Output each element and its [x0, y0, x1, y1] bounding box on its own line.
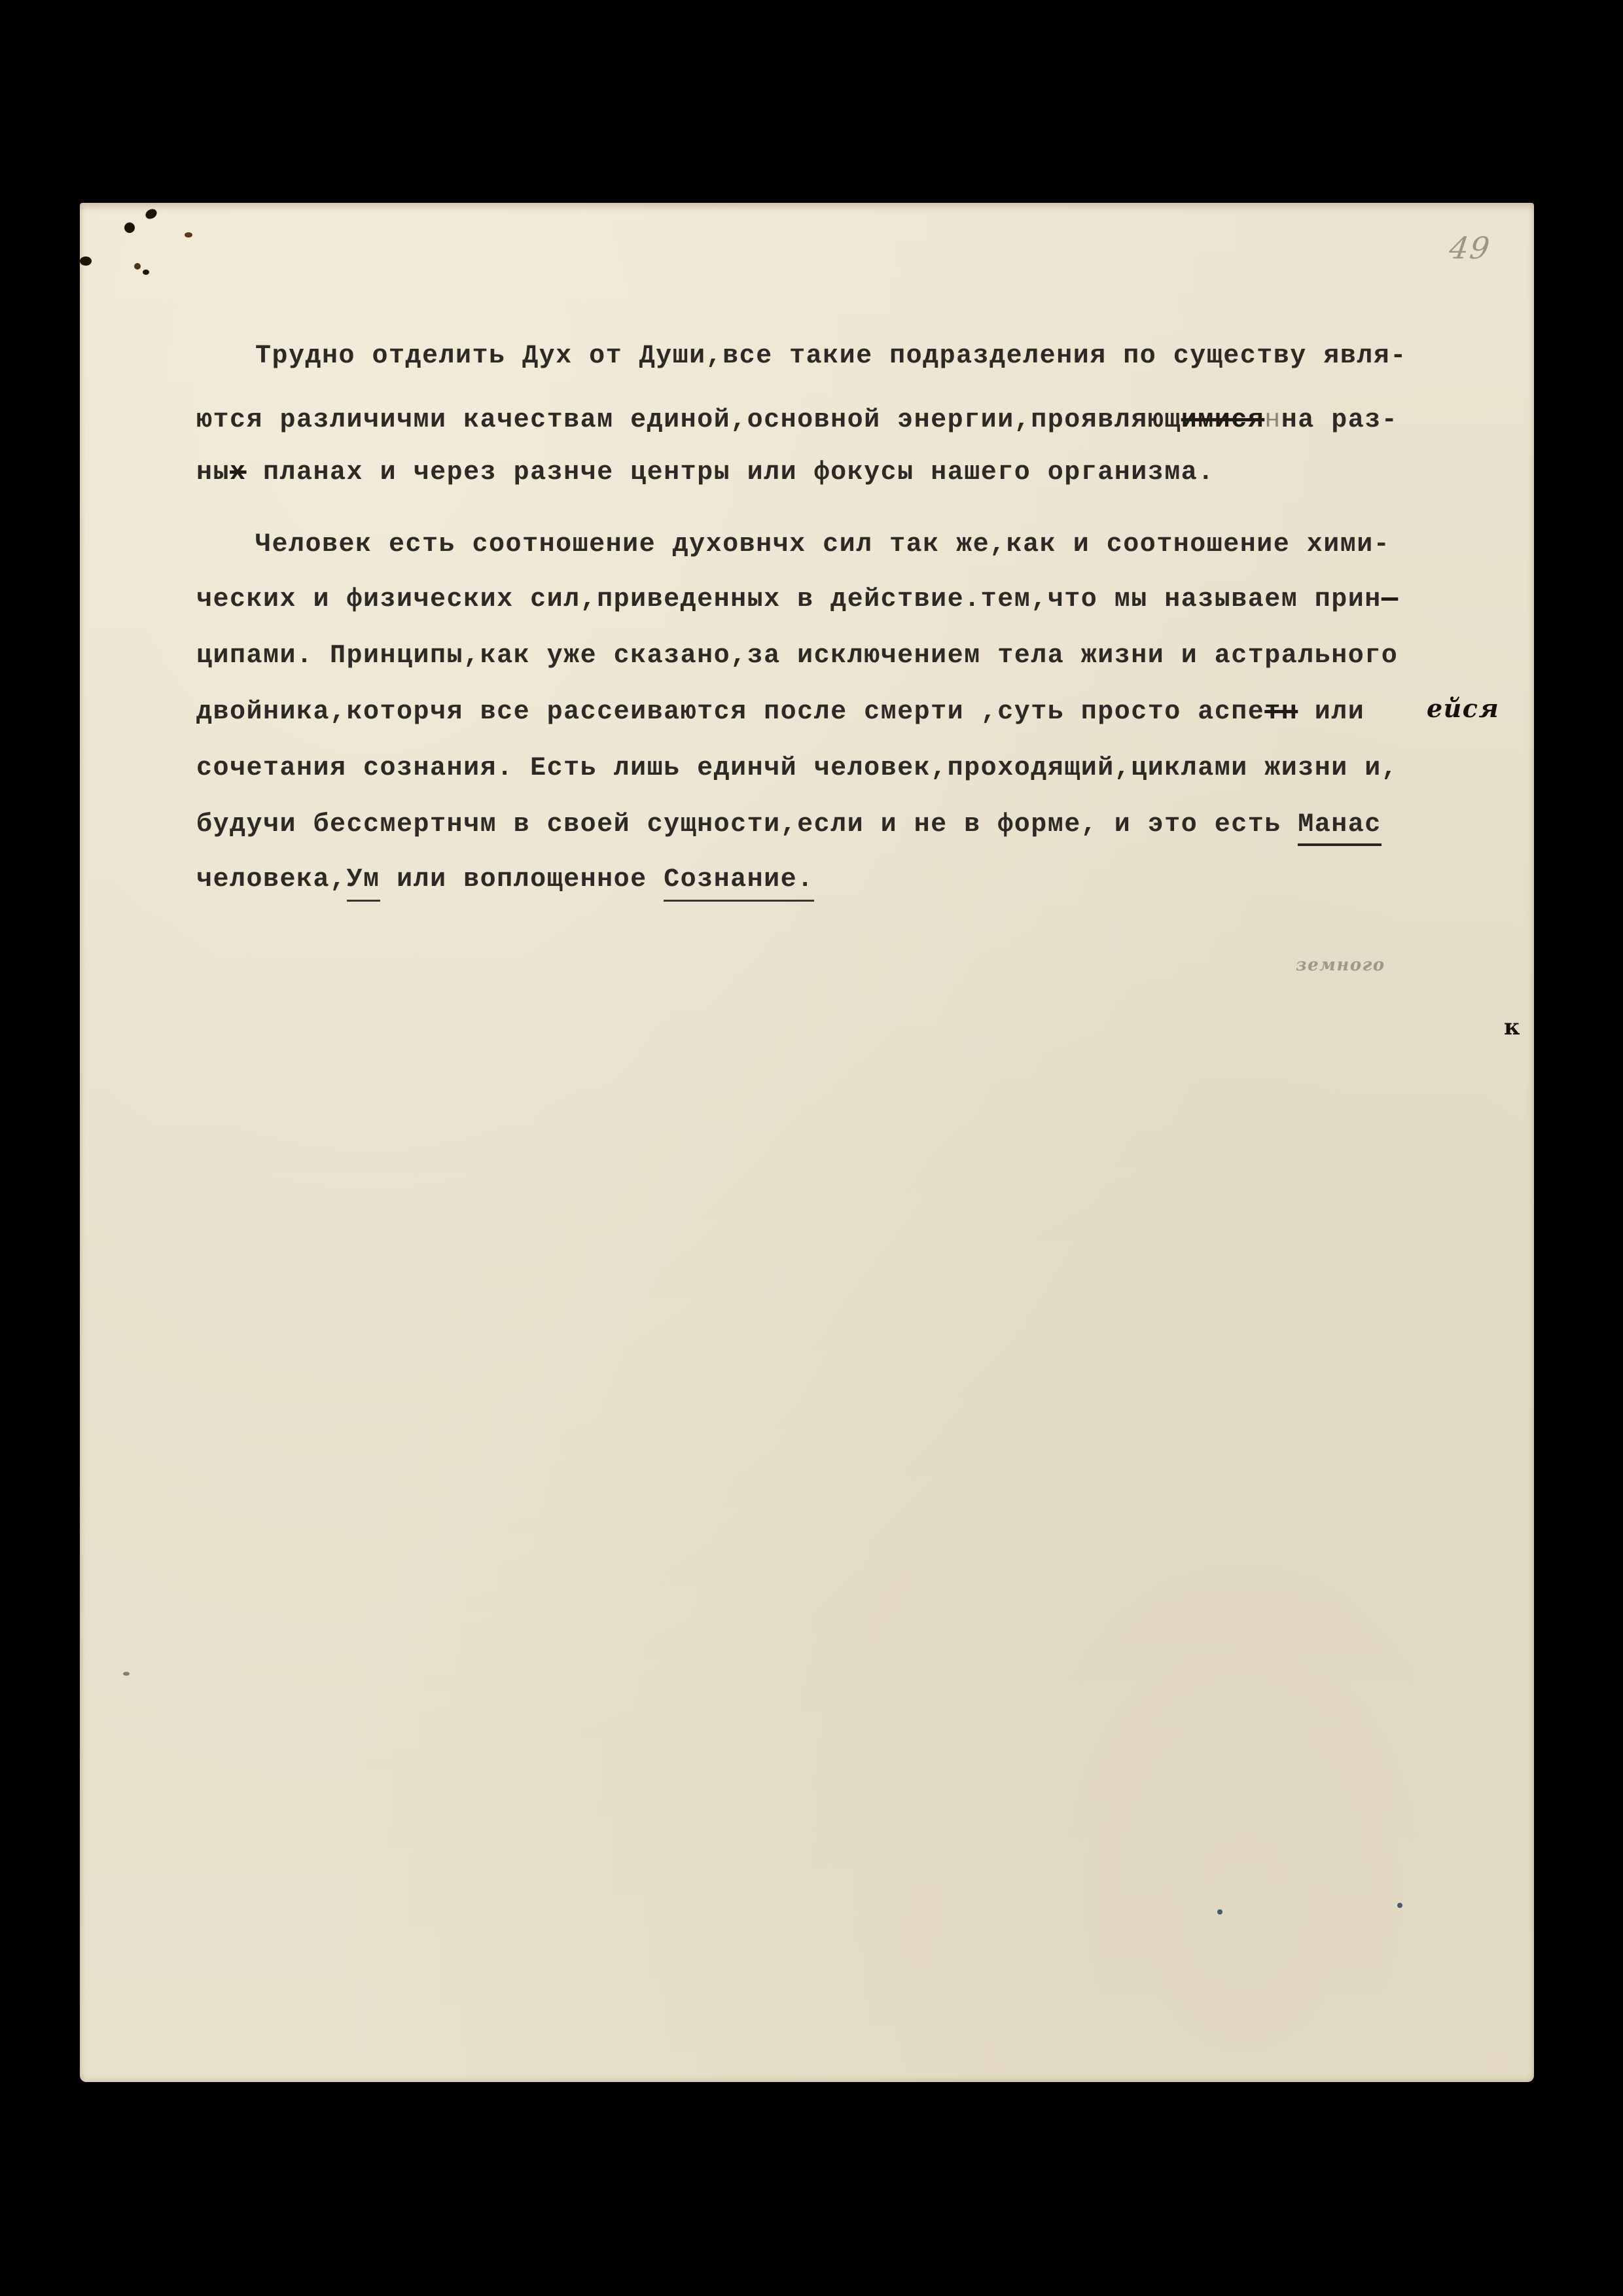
speck-mark [1217, 1909, 1222, 1915]
text-line: Человек есть соотношение духовнчх сил та… [255, 529, 1390, 561]
struck-text: тн [1264, 698, 1298, 727]
text-line-content: сочетания сознания. Есть лишь единчй чел… [196, 754, 1398, 783]
stain-mark [134, 263, 141, 270]
stain-mark [185, 232, 192, 238]
text-line-content: ципами. Принципы,как уже сказано,за искл… [196, 641, 1398, 671]
text-line: человека,Ум или воплощенное Сознание. [196, 864, 814, 896]
speck-mark [1397, 1903, 1402, 1908]
text-line: ются различичми качествам единой,основно… [196, 404, 1398, 437]
page-number: 49 [1447, 230, 1493, 266]
text-line: ческих и физических сил,приведенных в де… [196, 584, 1398, 616]
text-line-content: Человек есть соотношение духовнчх сил та… [255, 530, 1390, 559]
struck-text: имися [1181, 406, 1265, 435]
underlined-word: Сознание. [664, 865, 814, 902]
text-line-content: Трудно отделить Дух от Души,все такие по… [255, 342, 1407, 371]
underlined-word: Манас [1298, 810, 1382, 846]
text-line: будучи бессмертнчм в своей сущности,если… [196, 809, 1382, 841]
stain-mark [143, 270, 149, 275]
stain-mark [123, 1672, 130, 1676]
text-segment: ческих и физических сил,приведенных в де… [196, 585, 1382, 614]
text-line: ных планах и через разнче центры или фок… [196, 457, 1215, 489]
stain-mark [124, 222, 135, 233]
text-segment: человека, [196, 865, 347, 894]
faded-text: н [1264, 406, 1281, 435]
text-segment: ны [196, 458, 230, 487]
handwritten-insertion: ейся [1427, 694, 1499, 723]
struck-text: х [230, 458, 247, 487]
handwritten-insertion: к [1504, 1014, 1521, 1040]
hyphen-mark: - [1382, 585, 1399, 614]
text-segment: или [1298, 698, 1364, 727]
text-segment: или воплощенное [380, 865, 664, 894]
text-line: сочетания сознания. Есть лишь единчй чел… [196, 752, 1398, 785]
text-line: ципами. Принципы,как уже сказано,за искл… [196, 640, 1398, 673]
text-line: двойника,которчя все рассеиваются после … [196, 696, 1364, 729]
pencil-note: земного [1296, 955, 1385, 975]
stain-mark [80, 256, 92, 266]
underlined-word: Ум [347, 865, 380, 902]
text-segment: на раз- [1281, 406, 1399, 435]
text-line: Трудно отделить Дух от Души,все такие по… [255, 340, 1407, 373]
text-segment: ются различичми качествам единой,основно… [196, 406, 1181, 435]
text-segment: планах и через разнче центры или фокусы … [247, 458, 1215, 487]
text-segment: будучи бессмертнчм в своей сущности,если… [196, 810, 1298, 839]
text-segment: двойника,которчя все рассеиваются после … [196, 698, 1264, 727]
